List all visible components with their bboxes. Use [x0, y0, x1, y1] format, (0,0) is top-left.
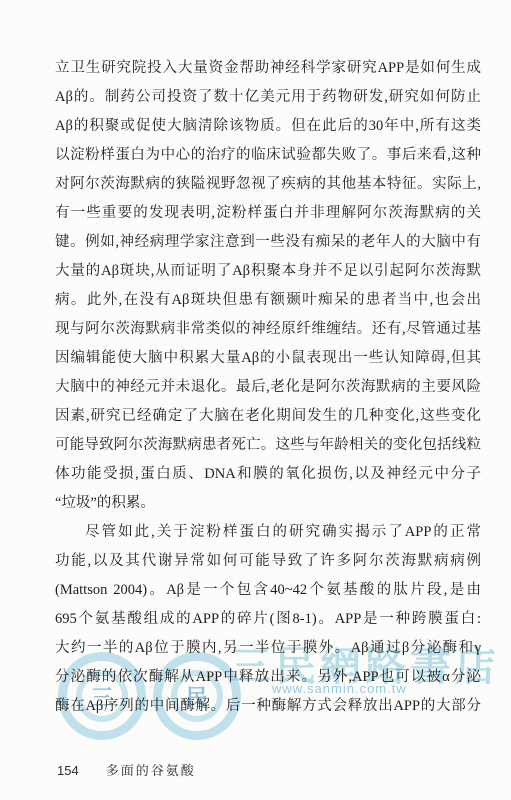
text-line: 大脑中的神经元并未退化。最后,老化是阿尔茨海默病的主要风险: [55, 373, 481, 402]
text-line: 键。例如,神经病理学家注意到一些没有痴呆的老年人的大脑中有: [55, 228, 481, 257]
text-line: “垃圾”的积累。: [55, 489, 481, 518]
text-line: 可能导致阿尔茨海默病患者死亡。这些与年龄相关的变化包括线粒: [55, 431, 481, 460]
text-line: Aβ的。制药公司投资了数十亿美元用于药物研发,研究如何防止: [55, 83, 481, 112]
text-line: 因编辑能使大脑中积累大量Aβ的小鼠表现出一些认知障碍,但其: [55, 344, 481, 373]
text-line: 大量的Aβ斑块,从而证明了Aβ积聚本身并不足以引起阿尔茨海默: [55, 257, 481, 286]
text-line: 大约一半的Aβ位于膜内,另一半位于膜外。Aβ通过β分泌酶和γ: [55, 634, 481, 663]
text-line: 酶在Aβ序列的中间酶解。后一种酶解方式会释放出APP的大部分: [55, 692, 481, 721]
text-line: 现与阿尔茨海默病非常类似的神经原纤维缠结。还有,尽管通过基: [55, 315, 481, 344]
book-page: 三 民 三民網路書店 www.sanmin.com.tw 立卫生研究院投入大量资…: [0, 0, 511, 800]
page-footer: 154多面的谷氨酸: [57, 760, 196, 779]
text-line: 立卫生研究院投入大量资金帮助神经科学家研究APP是如何生成: [55, 54, 481, 83]
text-line: 体功能受损,蛋白质、DNA和膜的氧化损伤,以及神经元中分子: [55, 460, 481, 489]
book-title: 多面的谷氨酸: [106, 763, 196, 778]
text-line: 病。此外,在没有Aβ斑块但患有额颞叶痴呆的患者当中,也会出: [55, 286, 481, 315]
text-line: (Mattson 2004)。Aβ是一个包含40~42个氨基酸的肽片段,是由: [55, 576, 481, 605]
text-line: 因素,研究已经确定了大脑在老化期间发生的几种变化,这些变化: [55, 402, 481, 431]
text-line: 对阿尔茨海默病的狭隘视野忽视了疾病的其他基本特征。实际上,: [55, 170, 481, 199]
body-text: 立卫生研究院投入大量资金帮助神经科学家研究APP是如何生成Aβ的。制药公司投资了…: [55, 54, 481, 721]
text-line: 以淀粉样蛋白为中心的治疗的临床试验都失败了。事后来看,这种: [55, 141, 481, 170]
text-line: Aβ的积聚或促使大脑清除该物质。但在此后的30年中,所有这类: [55, 112, 481, 141]
text-line: 有一些重要的发现表明,淀粉样蛋白并非理解阿尔茨海默病的关: [55, 199, 481, 228]
text-line: 分泌酶的依次酶解从APP中释放出来。另外,APP也可以被α分泌: [55, 663, 481, 692]
text-line: 功能,以及其代谢异常如何可能导致了许多阿尔茨海默病病例: [55, 547, 481, 576]
text-line: 尽管如此,关于淀粉样蛋白的研究确实揭示了APP的正常: [55, 518, 481, 547]
text-line: 695个氨基酸组成的APP的碎片(图8-1)。APP是一种跨膜蛋白:: [55, 605, 481, 634]
page-number: 154: [57, 763, 79, 778]
